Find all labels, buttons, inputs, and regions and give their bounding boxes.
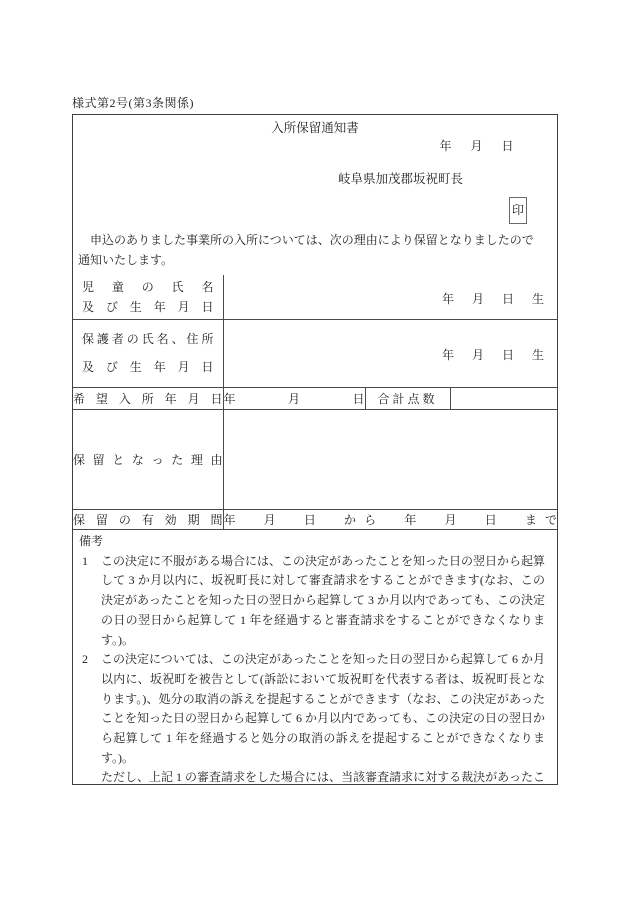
row-desired-date: 希望入所年月日 年 月 日 合計点数 bbox=[73, 387, 557, 409]
issuer-name: 岐阜県加茂郡坂祝町長 bbox=[73, 171, 557, 187]
row-child-name: 児童の氏名 及び生年月日 年 月 日 生 bbox=[73, 275, 557, 319]
notice-box: 入所保留通知書 年 月 日 岐阜県加茂郡坂祝町長 印 申込のありました事業所の入… bbox=[72, 114, 558, 785]
intro-paragraph: 申込のありました事業所の入所については、次の理由により保留となりましたので 通知… bbox=[73, 230, 557, 270]
hold-reason-label: 保留となった理由 bbox=[73, 409, 223, 509]
seal-area: 印 bbox=[73, 197, 557, 224]
valid-period-field: 年 月 日 から 年 月 日 まで bbox=[223, 509, 557, 529]
remarks-section: 備考 1 この決定に不服がある場合には、この決定があったことを知った日の翌日から… bbox=[73, 529, 557, 785]
guardian-name-field: 年 月 日 生 bbox=[223, 319, 557, 387]
total-points-field bbox=[450, 387, 557, 409]
desired-date-label: 希望入所年月日 bbox=[73, 387, 223, 409]
issue-date-placeholder: 年 月 日 bbox=[73, 138, 557, 154]
form-table: 児童の氏名 及び生年月日 年 月 日 生 保護者の氏名、住所 及び生年月日 bbox=[73, 275, 557, 529]
row-hold-reason: 保留となった理由 bbox=[73, 409, 557, 509]
remark-1-text: この決定に不服がある場合には、この決定があったことを知った日の翌日から起算して … bbox=[101, 552, 545, 651]
seal-placeholder-box: 印 bbox=[509, 197, 527, 224]
row-valid-period: 保留の有効期間 年 月 日 から 年 月 日 まで bbox=[73, 509, 557, 529]
child-name-label-line2: 及び生年月日 bbox=[73, 299, 223, 315]
child-birthdate-placeholder: 年 月 日 生 bbox=[442, 287, 557, 307]
child-name-field: 年 月 日 生 bbox=[223, 275, 557, 319]
document-title: 入所保留通知書 bbox=[73, 120, 557, 136]
remark-2-number: 2 bbox=[77, 650, 101, 785]
guardian-label-line2: 及び生年月日 bbox=[73, 359, 223, 375]
guardian-label-cell: 保護者の氏名、住所 及び生年月日 bbox=[73, 319, 223, 387]
row-guardian-name: 保護者の氏名、住所 及び生年月日 年 月 日 生 bbox=[73, 319, 557, 387]
hold-reason-field bbox=[223, 409, 557, 509]
document-page: 様式第2号(第3条関係) 入所保留通知書 年 月 日 岐阜県加茂郡坂祝町長 印 … bbox=[0, 0, 630, 903]
valid-period-label: 保留の有効期間 bbox=[73, 509, 223, 529]
remarks-label: 備考 bbox=[77, 532, 545, 552]
guardian-label-line1: 保護者の氏名、住所 bbox=[73, 331, 223, 347]
child-name-label-cell: 児童の氏名 及び生年月日 bbox=[73, 275, 223, 319]
intro-line-2: 通知いたします。 bbox=[78, 250, 552, 270]
desired-date-field: 年 月 日 bbox=[223, 387, 365, 409]
child-name-label-line1: 児童の氏名 bbox=[73, 279, 223, 295]
remark-item-1: 1 この決定に不服がある場合には、この決定があったことを知った日の翌日から起算し… bbox=[77, 552, 545, 651]
total-points-label: 合計点数 bbox=[365, 387, 450, 409]
remark-1-number: 1 bbox=[77, 552, 101, 651]
guardian-birthdate-placeholder: 年 月 日 生 bbox=[442, 343, 557, 363]
remark-2-text: この決定については、この決定があったことを知った日の翌日から起算して 6 か月以… bbox=[101, 650, 545, 768]
intro-line-1: 申込のありました事業所の入所については、次の理由により保留となりましたので bbox=[78, 230, 552, 250]
form-number-label: 様式第2号(第3条関係) bbox=[72, 94, 194, 111]
remark-item-2: 2 この決定については、この決定があったことを知った日の翌日から起算して 6 か… bbox=[77, 650, 545, 785]
remark-2-text-continued: ただし、上記 1 の審査請求をした場合には、当該審査請求に対する裁決があったこと… bbox=[101, 768, 545, 785]
